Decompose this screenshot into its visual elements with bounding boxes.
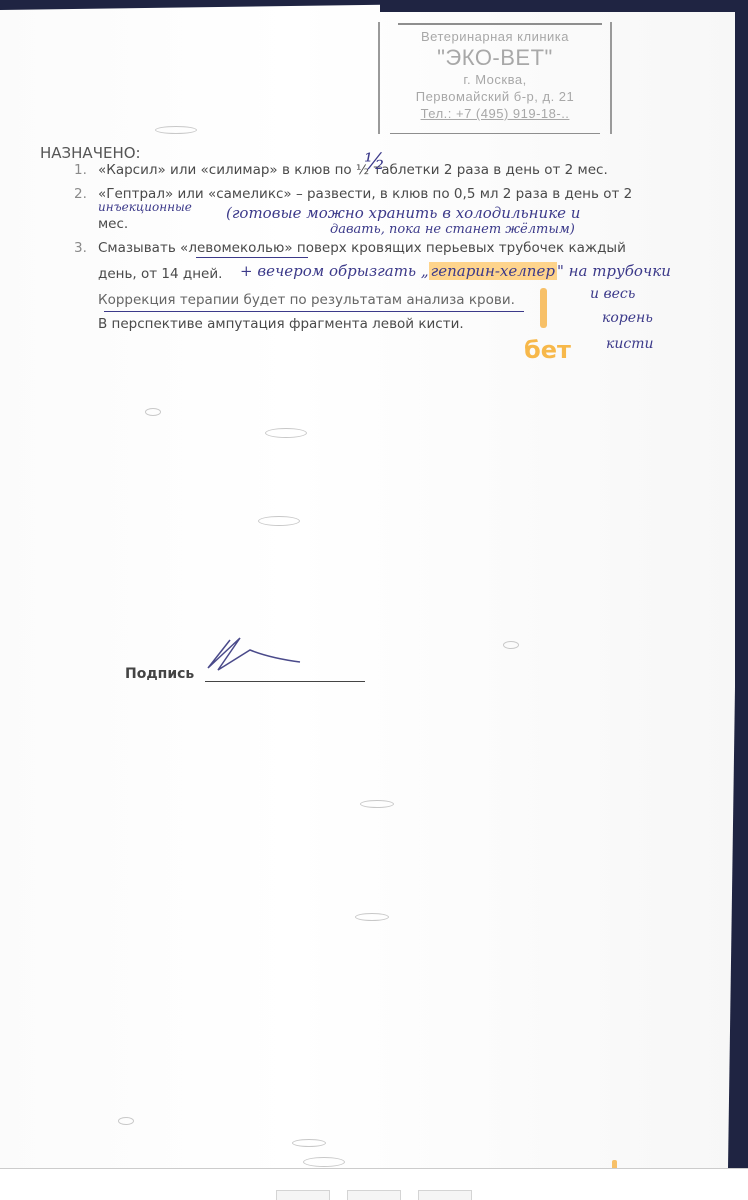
underline-levomekol	[196, 257, 308, 258]
paper-top-edge	[380, 0, 748, 12]
page-thumbnail-2[interactable]	[347, 1190, 401, 1200]
handwritten-koren: корень	[602, 310, 653, 326]
smudge	[118, 1117, 134, 1125]
signature-scribble	[200, 632, 340, 672]
item-number: 1.	[74, 162, 98, 178]
handwritten-injectable: инъекционные	[98, 200, 192, 214]
note-amputation: В перспективе ампутация фрагмента левой …	[98, 316, 464, 332]
highlighted-heparin: гепарин-хелпер	[429, 262, 557, 280]
handwritten-half: ½	[364, 150, 385, 175]
handwritten-note-line1: (готовые можно хранить в холодильнике и	[226, 204, 580, 222]
smudge	[292, 1139, 326, 1147]
handwritten-kisti: кисти	[606, 336, 654, 352]
smudge	[303, 1157, 345, 1167]
handwritten-whole: и весь	[590, 286, 635, 302]
clinic-stamp: Ветеринарная клиника "ЭКО-ВЕТ" г. Москва…	[378, 22, 612, 134]
orange-handwriting: бет	[524, 336, 571, 364]
smudge	[360, 800, 394, 808]
stamp-clinic-name: "ЭКО-ВЕТ"	[380, 47, 610, 69]
stamp-address: Первомайский б-р, д. 21	[380, 88, 610, 105]
prescription-item-1: 1.«Карсил» или «силимар» в клюв по ½ таб…	[74, 162, 608, 178]
item-number: 2.	[74, 186, 98, 202]
smudge	[355, 913, 389, 921]
smudge	[145, 408, 161, 416]
item-text: «Карсил» или «силимар» в клюв по ½ табле…	[98, 162, 608, 178]
smudge	[155, 126, 197, 134]
smudge	[265, 428, 307, 438]
item-number: 3.	[74, 240, 98, 256]
handwritten-evening: + вечером обрызгать „гепарин-хелпер" на …	[240, 262, 671, 280]
note-correction: Коррекция терапии будет по результатам а…	[98, 292, 515, 308]
orange-arrow-line	[540, 288, 547, 328]
prescription-item-2-cont: мес.	[98, 216, 128, 232]
stamp-phone: Тел.: +7 (495) 919-18-..	[380, 105, 610, 122]
prescription-heading: НАЗНАЧЕНО:	[40, 144, 141, 162]
underline-correction	[104, 311, 524, 312]
prescription-item-3-cont: день, от 14 дней.	[98, 266, 222, 282]
signature-line	[205, 681, 365, 682]
stamp-line1: Ветеринарная клиника	[380, 28, 610, 45]
handwritten-note-line2: давать, пока не станет жёлтым)	[330, 222, 575, 237]
smudge	[503, 641, 519, 649]
signature-label: Подпись	[125, 666, 194, 682]
stamp-city: г. Москва,	[380, 71, 610, 88]
smudge	[258, 516, 300, 526]
page-thumbnail-3[interactable]	[418, 1190, 472, 1200]
page-thumbnail-1[interactable]	[276, 1190, 330, 1200]
prescription-item-3: 3.Смазывать «левомеколью» поверх кровящи…	[74, 240, 626, 256]
handwritten-evening-suffix: " на трубочки	[557, 262, 671, 280]
handwritten-evening-prefix: + вечером обрызгать	[240, 262, 416, 280]
item-text: Смазывать «левомеколью» поверх кровящих …	[98, 240, 626, 256]
